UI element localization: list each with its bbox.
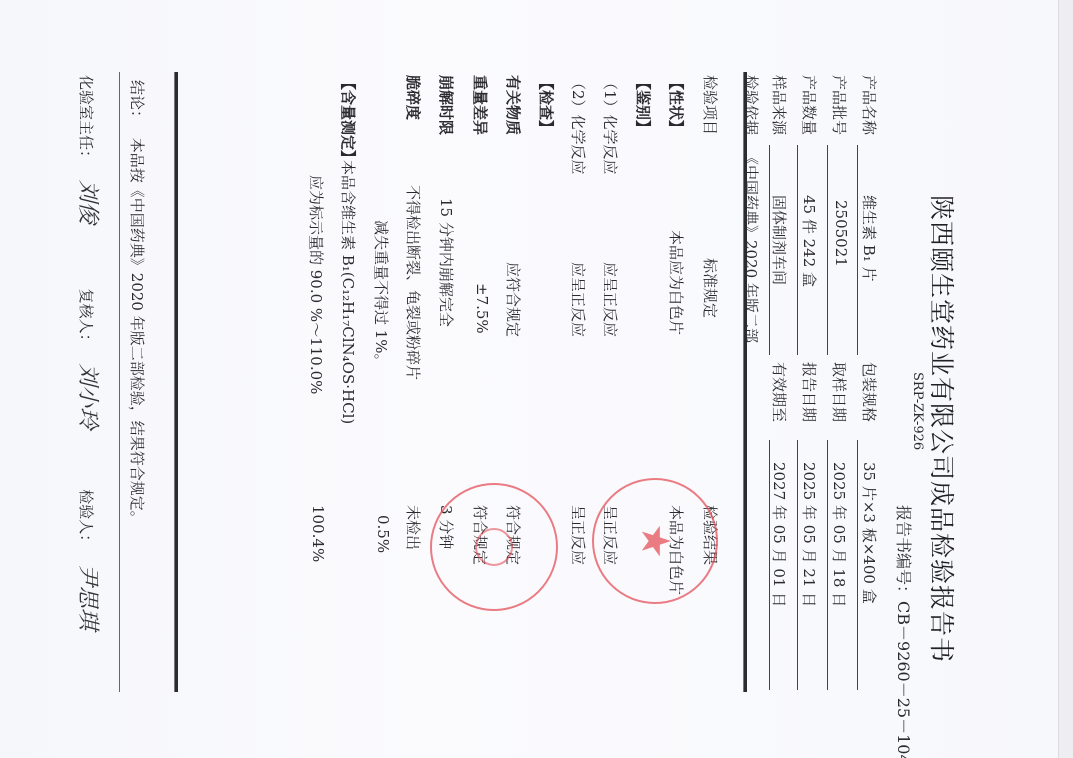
row-result: 100.4%: [309, 505, 327, 562]
underline: [857, 145, 858, 355]
row-result: 未检出: [403, 505, 424, 550]
row-standard: 减失重量不得过 1%。: [371, 220, 392, 369]
underline: [827, 145, 828, 355]
top-divider: [743, 72, 747, 692]
star-icon: ★: [635, 523, 675, 559]
report-number-label: 报告书编号：: [894, 505, 913, 601]
quantity-label: 产品数量: [799, 75, 820, 135]
report-date-value: 2025 年 05 月 21 日: [799, 462, 820, 607]
row-item: 【检查】: [536, 75, 557, 135]
form-code: SRP-ZK-926: [910, 372, 925, 450]
row-item: （2）化学反应: [568, 75, 589, 175]
underline: [827, 440, 828, 690]
sampling-date-label: 取样日期: [829, 362, 850, 422]
quantity-value: 45 件 242 盒: [799, 195, 820, 287]
seal-inner-ring: [475, 528, 513, 566]
expiry-date-value: 2027 年 05 月 01 日: [769, 462, 790, 607]
reviewer-signature: 刘小玲: [75, 363, 100, 429]
conclusion-text: 本品按《中国药典》2020 年版二部检验，结果符合规定。: [128, 138, 146, 526]
row-standard: ±7.5%: [473, 283, 491, 334]
row-standard: 应为标示量的 90.0 %～110.0%: [306, 175, 327, 394]
underline: [769, 440, 770, 690]
row-item: 崩解时限: [436, 75, 457, 135]
batch-number-label: 产品批号: [829, 75, 850, 135]
row-result: 0.5%: [374, 515, 392, 553]
conclusion-label: 结论：: [128, 80, 146, 125]
sampling-date-value: 2025 年 05 月 18 日: [829, 462, 850, 607]
row-standard: 15 分钟内崩解完全: [436, 198, 457, 327]
product-name-label: 产品名称: [859, 75, 880, 135]
product-name-value: 维生素 B₁ 片: [859, 195, 880, 282]
row-standard: 应符合规定: [503, 262, 524, 337]
row-standard: 应呈正反应: [568, 262, 589, 337]
underline: [797, 145, 798, 355]
underline: [769, 145, 770, 355]
row-standard: 应呈正反应: [600, 262, 621, 337]
reviewer-label: 复核人：: [77, 289, 95, 349]
row-standard: 不得检出断裂、龟裂或粉碎片: [403, 185, 424, 380]
row-item: 【性状】: [666, 75, 687, 135]
underline: [797, 440, 798, 690]
inspector-signature: 尹思琪: [75, 564, 100, 630]
row-item: 【含量测定】: [338, 75, 359, 165]
expiry-date-label: 有效期至: [769, 362, 790, 422]
report-date-label: 报告日期: [799, 362, 820, 422]
lab-director-signature: 刘俊: [75, 180, 100, 224]
report-number: 报告书编号：CB－9260－25－104: [893, 505, 916, 758]
column-header-item: 检验项目: [700, 75, 721, 135]
sample-source-value: 固体制剂车间: [769, 195, 790, 285]
row-item: 脆碎度: [403, 75, 424, 120]
inspection-report-page: 陕西颐生堂药业有限公司成品检验报告书 SRP-ZK-926 报告书编号：CB－9…: [0, 0, 1073, 758]
row-standard: 本品应为白色片: [666, 230, 687, 335]
lab-director-label: 化验室主任：: [77, 75, 95, 165]
company-seal-stamp: [430, 483, 558, 611]
report-number-value: CB－9260－25－104: [894, 601, 913, 758]
row-standard: 本品含维生素 B₁(C₁₂H₁₇ClN₄OS·HCl): [338, 160, 359, 424]
column-header-standard: 标准规定: [700, 258, 721, 318]
row-item: 重量差异: [470, 75, 491, 135]
conclusion-underline: [119, 72, 120, 692]
underline: [857, 440, 858, 690]
batch-number-value: 2505021: [832, 200, 850, 267]
package-spec-value: 35 片×3 板×400 盒: [859, 462, 880, 604]
bottom-divider: [174, 72, 178, 692]
row-item: 有关物质: [503, 75, 524, 135]
package-spec-label: 包装规格: [859, 362, 880, 422]
row-item: 【鉴别】: [633, 75, 654, 135]
signature-row: 化验室主任： 刘俊 复核人： 刘小玲 检验人： 尹思琪: [74, 75, 105, 630]
quality-inspection-stamp: ★: [592, 478, 718, 604]
report-title: 陕西颐生堂药业有限公司成品检验报告书: [925, 195, 961, 663]
inspector-label: 检验人：: [77, 489, 95, 549]
row-result: 呈正反应: [568, 505, 589, 565]
sample-source-label: 样品来源: [769, 75, 790, 135]
conclusion: 结论： 本品按《中国药典》2020 年版二部检验，结果符合规定。: [127, 80, 148, 526]
row-item: （1）化学反应: [600, 75, 621, 175]
